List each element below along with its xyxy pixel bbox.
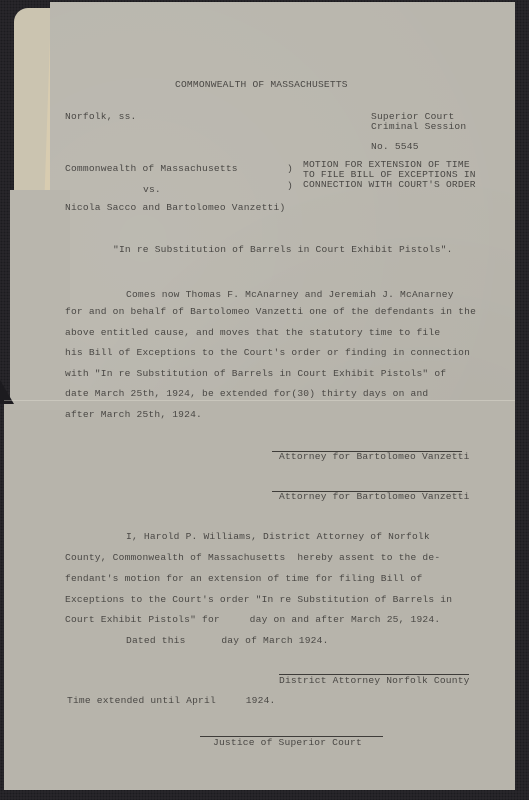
motion-title-line-3: CONNECTION WITH COURT'S ORDER (303, 180, 476, 190)
caption-defendants: Nicola Sacco and Bartolomeo Vanzetti) (65, 203, 285, 213)
motion-body-line: date March 25th, 1924, be extended for(3… (65, 389, 428, 399)
caption-versus: vs. (143, 185, 161, 195)
assent-body-line: fendant's motion for an extension of tim… (65, 574, 422, 584)
motion-body-line: with "In re Substitution of Barrels in C… (65, 369, 446, 379)
document-page-left-margin (10, 190, 70, 410)
caption-paren: ) (287, 164, 293, 174)
motion-body-line: his Bill of Exceptions to the Court's or… (65, 348, 470, 358)
case-number: No. 5545 (371, 142, 419, 152)
attorney-signature-label: Attorney for Bartolomeo Vanzetti (279, 492, 470, 502)
caption-plaintiff: Commonwealth of Massachusetts (65, 164, 238, 174)
assent-body-line: I, Harold P. Williams, District Attorney… (126, 532, 430, 542)
motion-body-line: above entitled cause, and moves that the… (65, 328, 440, 338)
dated-line: Dated this day of March 1924. (126, 636, 329, 646)
assent-body-line: County, Commonwealth of Massachusetts he… (65, 553, 440, 563)
district-attorney-signature-label: District Attorney Norfolk County (279, 676, 470, 686)
court-session: Criminal Session (371, 122, 466, 132)
fold-crease (4, 400, 515, 401)
motion-body-line: Comes now Thomas F. McAnarney and Jeremi… (126, 290, 454, 300)
time-extended-line: Time extended until April 1924. (67, 696, 276, 706)
venue: Norfolk, ss. (65, 112, 137, 122)
caption-paren: ) (287, 181, 293, 191)
attorney-signature-label: Attorney for Bartolomeo Vanzetti (279, 452, 470, 462)
document-heading: COMMONWEALTH OF MASSACHUSETTS (175, 80, 348, 90)
assent-body-line: Court Exhibit Pistols" for day on and af… (65, 615, 440, 625)
assent-body-line: Exceptions to the Court's order "In re S… (65, 595, 452, 605)
justice-signature-label: Justice of Superior Court (213, 738, 362, 748)
motion-body-line: after March 25th, 1924. (65, 410, 202, 420)
subject-line: "In re Substitution of Barrels in Court … (113, 245, 453, 255)
motion-body-line: for and on behalf of Bartolomeo Vanzetti… (65, 307, 476, 317)
